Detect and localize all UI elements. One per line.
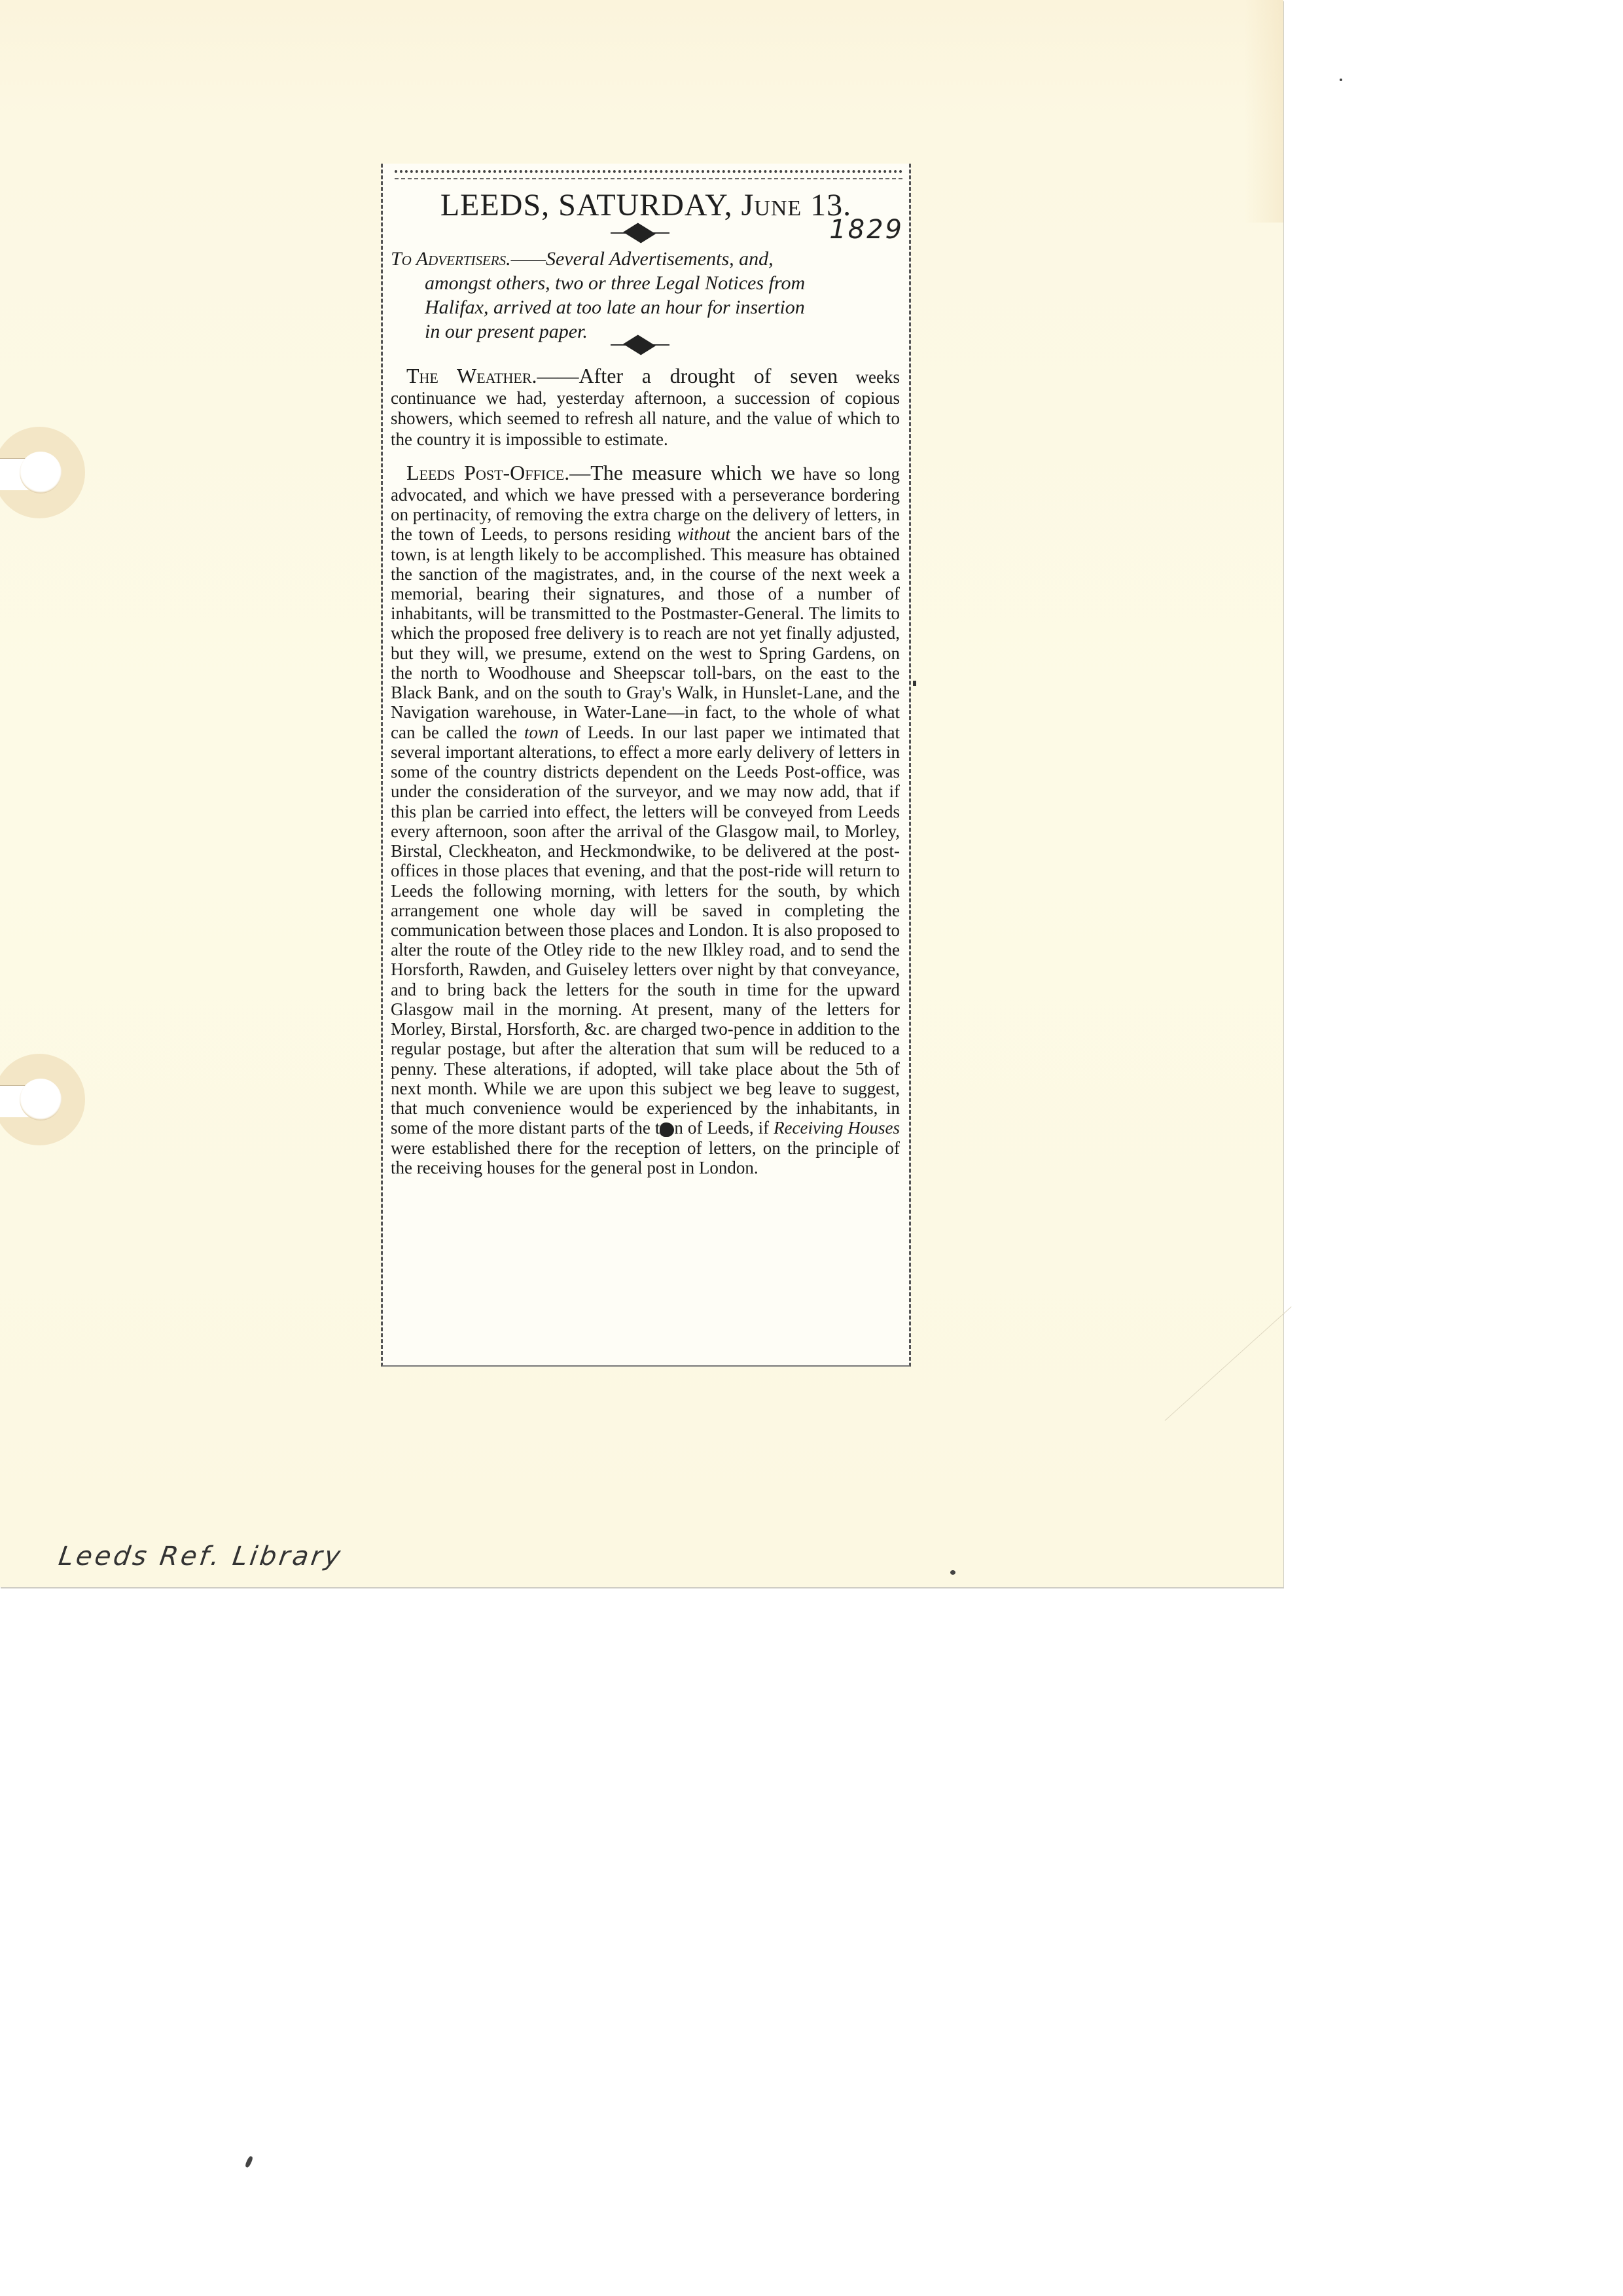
article-separator: —— [537,364,579,387]
hole-icon [20,452,62,493]
article-body: were established there for the reception… [391,1138,900,1177]
article-heading: The Weather. [406,364,537,387]
archive-card: LEEDS, SATURDAY, June 13. 1829 To Advert… [0,0,1283,1587]
masthead-month: June [741,188,802,223]
article-post-office: Leeds Post-Office.—The measure which we … [391,461,900,1177]
speck-mark [950,1570,955,1575]
notice-to-advertisers: To Advertisers.——Several Advertisements,… [391,247,900,344]
article-lead: The measure which we [590,461,795,484]
handwritten-label: Leeds Ref. Library [57,1541,345,1571]
masthead-place: LEEDS, [440,188,550,223]
notice-heading: To Advertisers. [391,248,511,270]
article-body: of Leeds. In our last paper we intimated… [391,723,900,1138]
punch-hole-bottom [0,1054,85,1145]
masthead-day: SATURDAY, [558,188,732,223]
margin-mark [913,681,916,686]
handwritten-year: 1829 [829,215,904,245]
article-emphasis: town [524,723,559,742]
speck-mark [245,2155,254,2168]
article-lead: After a drought of seven [579,364,838,387]
article-weather: The Weather.——After a drought of seven w… [391,364,900,450]
ink-blot-icon [660,1122,674,1137]
notice-dash: —— [511,248,546,270]
ornament-divider-icon [611,225,669,241]
notice-line: Halifax, arrived at too late an hour for… [391,296,900,320]
ornament-divider-icon [611,337,669,353]
notice-line: Several Advertisements, and, [546,248,774,270]
article-body: n of Leeds, if [674,1118,774,1138]
article-emphasis: Receiving Houses [774,1118,900,1138]
notice-line: amongst others, two or three Legal Notic… [391,272,900,296]
top-rule-secondary [395,178,902,181]
hole-icon [20,1079,62,1121]
top-rule [395,170,902,177]
speck-mark [1340,79,1342,81]
newspaper-clipping: LEEDS, SATURDAY, June 13. 1829 To Advert… [381,164,911,1367]
article-separator: — [569,461,590,484]
article-heading: Leeds Post-Office. [406,461,569,484]
article-body: the ancient bars of the town, is at leng… [391,524,900,742]
punch-hole-top [0,427,85,518]
article-emphasis: without [677,524,730,544]
card-crease [1165,1306,1292,1421]
